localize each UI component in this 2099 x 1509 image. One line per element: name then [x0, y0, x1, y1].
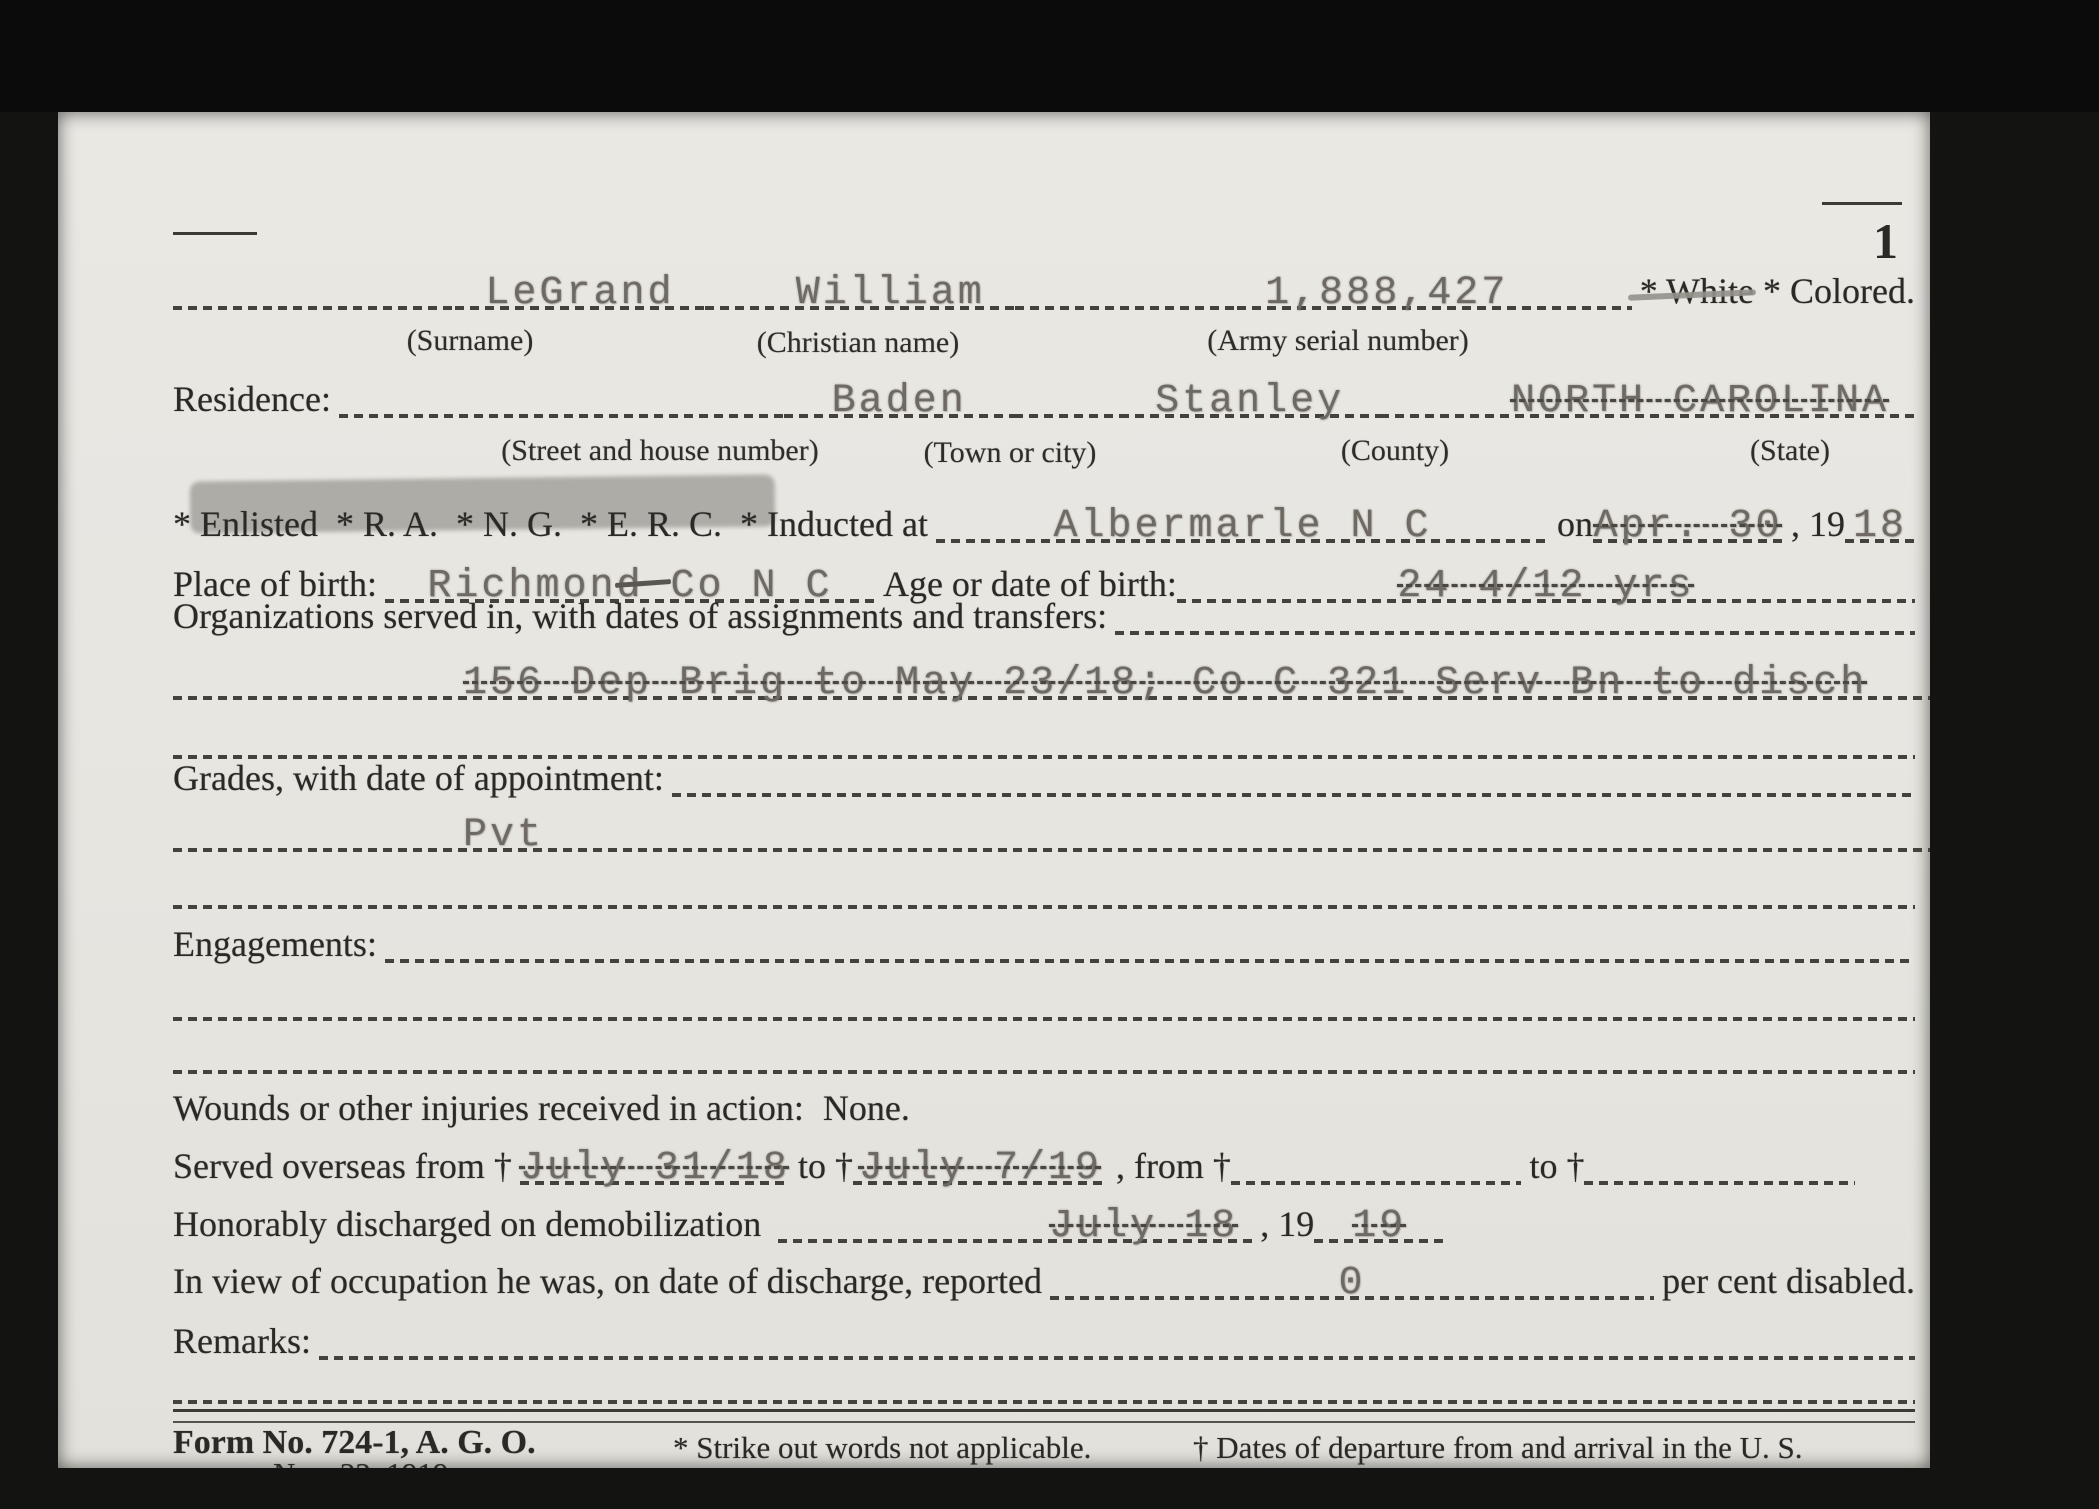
grades-entry: Pvt — [173, 814, 1930, 864]
year-prefix-label: , 19 — [1783, 503, 1845, 555]
engagements-entry — [385, 929, 1915, 975]
induction-place-entry: Albermarle N C — [936, 505, 1549, 555]
overseas-row: Served overseas from † July 31/18 to † J… — [173, 1145, 1915, 1197]
overseas-to2-entry — [1584, 1151, 1855, 1197]
form-date: Nov. 22, 1919 — [273, 1456, 448, 1468]
county-entry: Stanley — [1120, 380, 1380, 430]
discharge-year-entry: 19 — [1314, 1205, 1444, 1255]
christian-name-entry: William — [765, 272, 1015, 322]
wounds-value: None. — [812, 1087, 918, 1139]
organizations-label-rule — [1115, 601, 1915, 647]
serial-number-value: 1,888,427 — [1265, 272, 1508, 322]
remarks-entry — [319, 1326, 1915, 1372]
page-number: 1 — [1873, 212, 1898, 270]
discharge-year-value: 19 — [1352, 1205, 1406, 1255]
discharge-date-entry: July 18 — [778, 1205, 1252, 1255]
wounds-row: Wounds or other injuries received in act… — [173, 1087, 1915, 1139]
surname-sublabel: (Surname) — [407, 324, 534, 358]
county-value: Stanley — [1155, 380, 1344, 430]
county-sublabel: (County) — [1341, 434, 1449, 468]
state-value: NORTH CAROLINA — [1511, 380, 1889, 430]
name-trail-rule — [1537, 276, 1632, 322]
overseas-from-value: July 31/18 — [520, 1147, 790, 1197]
disability-label: In view of occupation he was, on date of… — [173, 1260, 1050, 1312]
dagger-note: † Dates of departure from and arrival in… — [1193, 1430, 1802, 1466]
organizations-entry-row: 156 Dep Brig to May 23/18; Co C 321 Serv… — [173, 660, 1915, 712]
residence-label: Residence: — [173, 378, 339, 430]
induction-year-entry: 18 — [1845, 505, 1915, 555]
discharge-label: Honorably discharged on demobilization — [173, 1203, 778, 1255]
organizations-label: Organizations served in, with dates of a… — [173, 595, 1115, 647]
christian-name-value: William — [796, 272, 985, 322]
disability-value: 0 — [1339, 1262, 1366, 1312]
strike-out-note: * Strike out words not applicable. — [673, 1430, 1091, 1466]
grades-label: Grades, with date of appointment: — [173, 757, 672, 809]
discharge-row: Honorably discharged on demobilization J… — [173, 1203, 1444, 1255]
town-value: Baden — [832, 380, 967, 430]
engagements-row: Engagements: — [173, 923, 1915, 975]
blank-rule — [173, 1070, 1915, 1074]
page-number-rule — [1822, 202, 1902, 205]
race-white-label: * White — [1632, 270, 1754, 322]
enlistment-row: * Enlisted * R. A. * N. G. * E. R. C. * … — [173, 503, 1915, 555]
overseas-from-entry: July 31/18 — [520, 1147, 790, 1197]
state-sublabel: (State) — [1750, 434, 1830, 468]
name-gap-rule — [705, 276, 765, 322]
street-entry — [339, 384, 784, 430]
overseas-from2-label: , from † — [1108, 1145, 1231, 1197]
surname-value: LeGrand — [485, 272, 674, 322]
discharge-year-prefix: , 19 — [1252, 1203, 1314, 1255]
name-line-row: LeGrand William 1,888,427 * White * Colo… — [173, 270, 1915, 322]
organizations-entry: 156 Dep Brig to May 23/18; Co C 321 Serv… — [173, 662, 1930, 712]
on-label: on — [1549, 503, 1593, 555]
serial-number-entry: 1,888,427 — [1237, 272, 1537, 322]
scanner-background-top — [0, 0, 2099, 112]
overseas-to2-label: to † — [1521, 1145, 1584, 1197]
grades-entry-row: Pvt — [173, 812, 1915, 864]
disability-entry: 0 — [1050, 1262, 1654, 1312]
organizations-value: 156 Dep Brig to May 23/18; Co C 321 Serv… — [463, 662, 1867, 712]
induction-place-value: Albermarle N C — [1053, 505, 1431, 555]
top-left-rule — [173, 232, 257, 235]
serial-number-sublabel: (Army serial number) — [1207, 324, 1469, 358]
disability-suffix: per cent disabled. — [1654, 1260, 1915, 1312]
remarks-row: Remarks: — [173, 1320, 1915, 1372]
discharge-date-value: July 18 — [1049, 1205, 1238, 1255]
induction-date-value: Apr. 30 — [1593, 505, 1782, 555]
overseas-to-entry: July 7/19 — [853, 1147, 1108, 1197]
remarks-label: Remarks: — [173, 1320, 319, 1372]
grades-value: Pvt — [463, 814, 544, 864]
surname-entry: LeGrand — [455, 272, 705, 322]
name-gap-rule-2 — [1015, 276, 1236, 322]
town-sublabel: (Town or city) — [924, 436, 1097, 470]
street-sublabel: (Street and house number) — [501, 434, 818, 468]
enlistment-label: * Enlisted * R. A. * N. G. * E. R. C. * … — [173, 503, 936, 555]
grades-label-rule — [672, 763, 1915, 809]
disability-row: In view of occupation he was, on date of… — [173, 1260, 1915, 1312]
grades-label-row: Grades, with date of appointment: — [173, 757, 1915, 809]
residence-gap-rule-2 — [1380, 384, 1485, 430]
service-record-card: 1 LeGrand William 1,888,427 * White * Co… — [58, 112, 1930, 1468]
overseas-from-label: Served overseas from † — [173, 1145, 520, 1197]
bottom-rule-double — [173, 1409, 1915, 1423]
overseas-to-label: to † — [790, 1145, 853, 1197]
bottom-rule-dashed — [173, 1400, 1915, 1404]
state-entry: NORTH CAROLINA — [1485, 380, 1915, 430]
induction-date-entry: Apr. 30 — [1593, 505, 1783, 555]
town-entry: Baden — [784, 380, 1014, 430]
blank-rule — [173, 905, 1915, 909]
induction-year-value: 18 — [1853, 505, 1907, 555]
residence-gap-rule — [1014, 384, 1119, 430]
wounds-label: Wounds or other injuries received in act… — [173, 1087, 812, 1139]
christian-name-sublabel: (Christian name) — [757, 326, 959, 360]
overseas-to-value: July 7/19 — [859, 1147, 1102, 1197]
residence-row: Residence: Baden Stanley NORTH CAROLINA — [173, 378, 1915, 430]
scanned-document: 1 LeGrand William 1,888,427 * White * Co… — [0, 0, 2099, 1509]
name-line-lead-rule — [173, 276, 455, 322]
organizations-label-row: Organizations served in, with dates of a… — [173, 595, 1915, 647]
race-colored-label: * Colored. — [1754, 270, 1915, 322]
overseas-from2-entry — [1231, 1151, 1522, 1197]
engagements-label: Engagements: — [173, 923, 385, 975]
blank-rule — [173, 1017, 1915, 1021]
